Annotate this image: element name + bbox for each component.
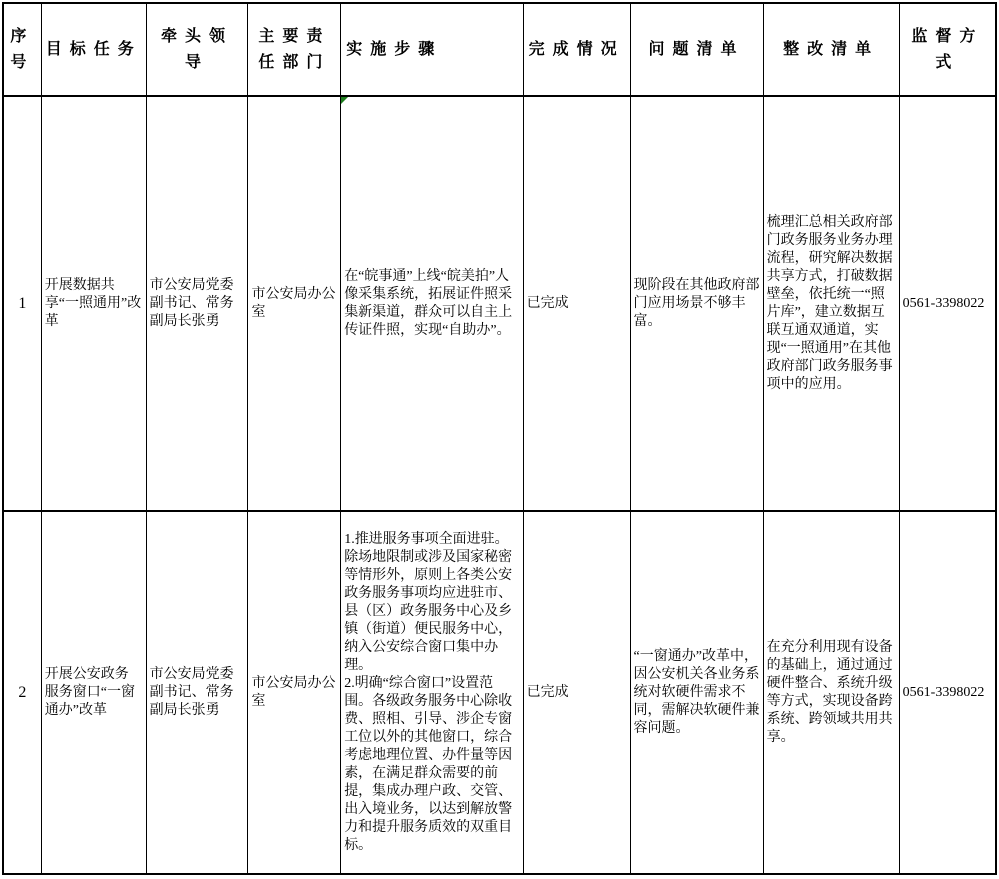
cell-responsible-dept: 市公安局办公室 <box>248 96 341 511</box>
cell-problem-list: 现阶段在其他政府部门应用场景不够丰富。 <box>630 96 763 511</box>
rectification-list-text: 梳理汇总相关政府部门政务服务业务办理流程，研究解决数据共享方式，打破数据壁垒，依… <box>767 214 896 394</box>
header-cell-implementation-steps: 实施步骤 <box>341 3 523 96</box>
problem-list-text: “一窗通办”改革中，因公安机关各业务系统对软硬件需求不同，需解决软硬件兼容问题。 <box>634 648 760 738</box>
completion-status-text: 已完成 <box>527 295 627 313</box>
header-cell-supervision-method: 监督方式 <box>899 3 996 96</box>
responsible-dept-text: 市公安局办公室 <box>251 286 337 322</box>
lead-leader-text: 市公安局党委副书记、常务副局长张勇 <box>150 277 245 331</box>
cell-supervision-method: 0561-3398022 <box>899 511 996 874</box>
completion-status-text: 已完成 <box>527 684 627 702</box>
cell-target-task: 开展数据共享“一照通用”改革 <box>41 96 146 511</box>
cell-serial-number: 1 <box>3 96 41 511</box>
table-row: 1 开展数据共享“一照通用”改革 市公安局党委副书记、常务副局长张勇 市公安局办… <box>3 96 996 511</box>
cell-target-task: 开展公安政务服务窗口“一窗通办”改革 <box>41 511 146 874</box>
implementation-steps-text: 在“皖事通”上线“皖美拍”人像采集系统，拓展证件照采集新渠道，群众可以自主上传证… <box>344 268 519 340</box>
cell-lead-leader: 市公安局党委副书记、常务副局长张勇 <box>146 96 248 511</box>
cell-responsible-dept: 市公安局办公室 <box>248 511 341 874</box>
cell-lead-leader: 市公安局党委副书记、常务副局长张勇 <box>146 511 248 874</box>
cell-supervision-method: 0561-3398022 <box>899 96 996 511</box>
cell-rectification-list: 在充分利用现有设备的基础上，通过通过硬件整合、系统升级等方式，实现设备跨系统、跨… <box>763 511 899 874</box>
task-table: 序号 目标任务 牵头领导 主要责任部门 实施步骤 完成情况 问题清单 整改清单 … <box>2 2 997 875</box>
spreadsheet-table-page: 序号 目标任务 牵头领导 主要责任部门 实施步骤 完成情况 问题清单 整改清单 … <box>0 0 999 879</box>
supervision-phone-text: 0561-3398022 <box>903 684 992 702</box>
header-cell-target-task: 目标任务 <box>41 3 146 96</box>
header-cell-problem-list: 问题清单 <box>630 3 763 96</box>
problem-list-text: 现阶段在其他政府部门应用场景不够丰富。 <box>634 277 760 331</box>
cell-rectification-list: 梳理汇总相关政府部门政务服务业务办理流程，研究解决数据共享方式，打破数据壁垒，依… <box>763 96 899 511</box>
implementation-steps-text: 1.推进服务事项全面进驻。除场地限制或涉及国家秘密等情形外，原则上各类公安政务服… <box>344 531 519 855</box>
header-cell-lead-leader: 牵头领导 <box>146 3 248 96</box>
supervision-phone-text: 0561-3398022 <box>903 295 992 313</box>
cell-problem-list: “一窗通办”改革中，因公安机关各业务系统对软硬件需求不同，需解决软硬件兼容问题。 <box>630 511 763 874</box>
header-cell-serial-number: 序号 <box>3 3 41 96</box>
table-row: 2 开展公安政务服务窗口“一窗通办”改革 市公安局党委副书记、常务副局长张勇 市… <box>3 511 996 874</box>
cell-serial-number: 2 <box>3 511 41 874</box>
rectification-list-text: 在充分利用现有设备的基础上，通过通过硬件整合、系统升级等方式，实现设备跨系统、跨… <box>767 639 896 747</box>
header-cell-completion-status: 完成情况 <box>523 3 630 96</box>
cell-completion-status: 已完成 <box>523 511 630 874</box>
cell-completion-status: 已完成 <box>523 96 630 511</box>
cell-implementation-steps: 1.推进服务事项全面进驻。除场地限制或涉及国家秘密等情形外，原则上各类公安政务服… <box>341 511 523 874</box>
responsible-dept-text: 市公安局办公室 <box>251 675 337 711</box>
header-cell-rectification-list: 整改清单 <box>763 3 899 96</box>
target-task-text: 开展数据共享“一照通用”改革 <box>45 277 143 331</box>
lead-leader-text: 市公安局党委副书记、常务副局长张勇 <box>150 666 245 720</box>
table-header-row: 序号 目标任务 牵头领导 主要责任部门 实施步骤 完成情况 问题清单 整改清单 … <box>3 3 996 96</box>
cell-error-indicator-icon <box>341 97 348 104</box>
target-task-text: 开展公安政务服务窗口“一窗通办”改革 <box>45 666 143 720</box>
header-cell-responsible-dept: 主要责任部门 <box>248 3 341 96</box>
cell-implementation-steps: 在“皖事通”上线“皖美拍”人像采集系统，拓展证件照采集新渠道，群众可以自主上传证… <box>341 96 523 511</box>
